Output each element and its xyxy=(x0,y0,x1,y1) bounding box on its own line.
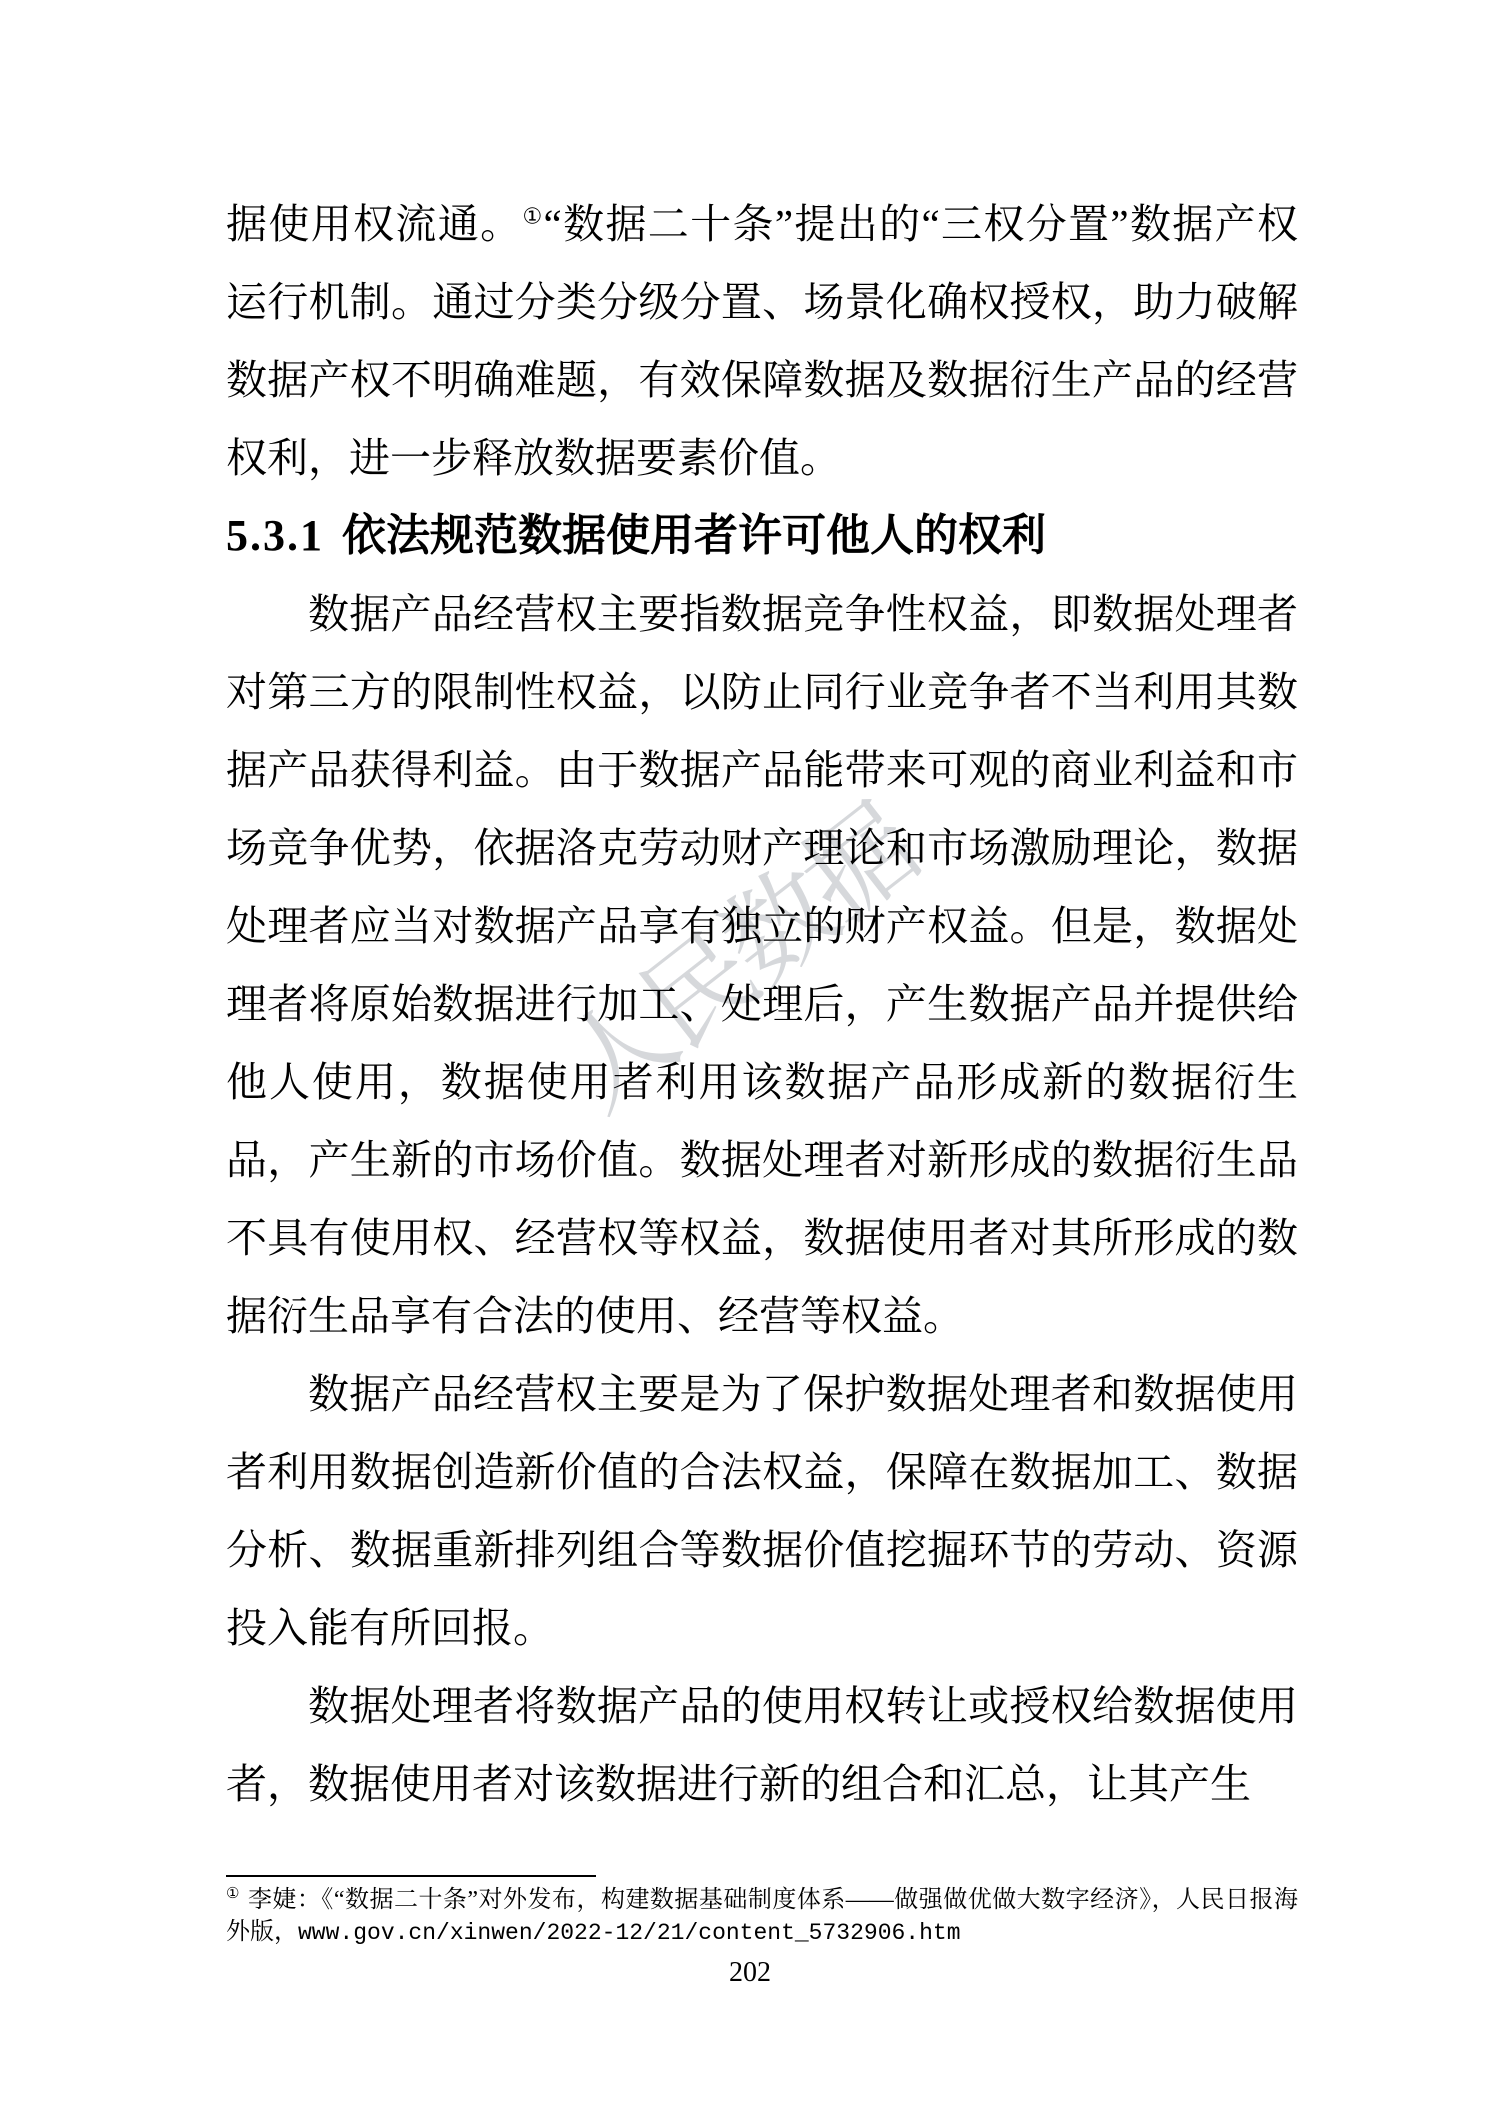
paragraph-continuation: 据使用权流通。①“数据二十条”提出的“三权分置”数据产权运行机制。通过分类分级分… xyxy=(226,185,1298,497)
footnote-ref-marker: ① xyxy=(522,203,543,228)
section-heading: 5.3.1依法规范数据使用者许可他人的权利 xyxy=(226,497,1298,575)
paragraph-4: 数据处理者将数据产品的使用权转让或授权给数据使用者，数据使用者对该数据进行新的组… xyxy=(226,1667,1298,1823)
footnote: ①李婕：《“数据二十条”对外发布，构建数据基础制度体系——做强做优做大数字经济》… xyxy=(226,1884,1298,1949)
page-number: 202 xyxy=(0,1957,1500,1989)
footnote-url: www.gov.cn/xinwen/2022-12/21/content_573… xyxy=(298,1920,961,1946)
paragraph-3: 数据产品经营权主要是为了保护数据处理者和数据使用者利用数据创造新价值的合法权益，… xyxy=(226,1355,1298,1667)
footnote-marker: ① xyxy=(226,1886,240,1902)
section-number: 5.3.1 xyxy=(226,511,324,560)
footnote-separator xyxy=(226,1875,596,1877)
document-page: 人民数据 据使用权流通。①“数据二十条”提出的“三权分置”数据产权运行机制。通过… xyxy=(0,0,1500,2121)
paragraph-2: 数据产品经营权主要指数据竞争性权益，即数据处理者对第三方的限制性权益，以防止同行… xyxy=(226,575,1298,1355)
section-title: 依法规范数据使用者许可他人的权利 xyxy=(342,511,1046,560)
paragraph-continuation-text: 据使用权流通。 xyxy=(226,201,522,247)
page-content: 据使用权流通。①“数据二十条”提出的“三权分置”数据产权运行机制。通过分类分级分… xyxy=(226,185,1298,1823)
